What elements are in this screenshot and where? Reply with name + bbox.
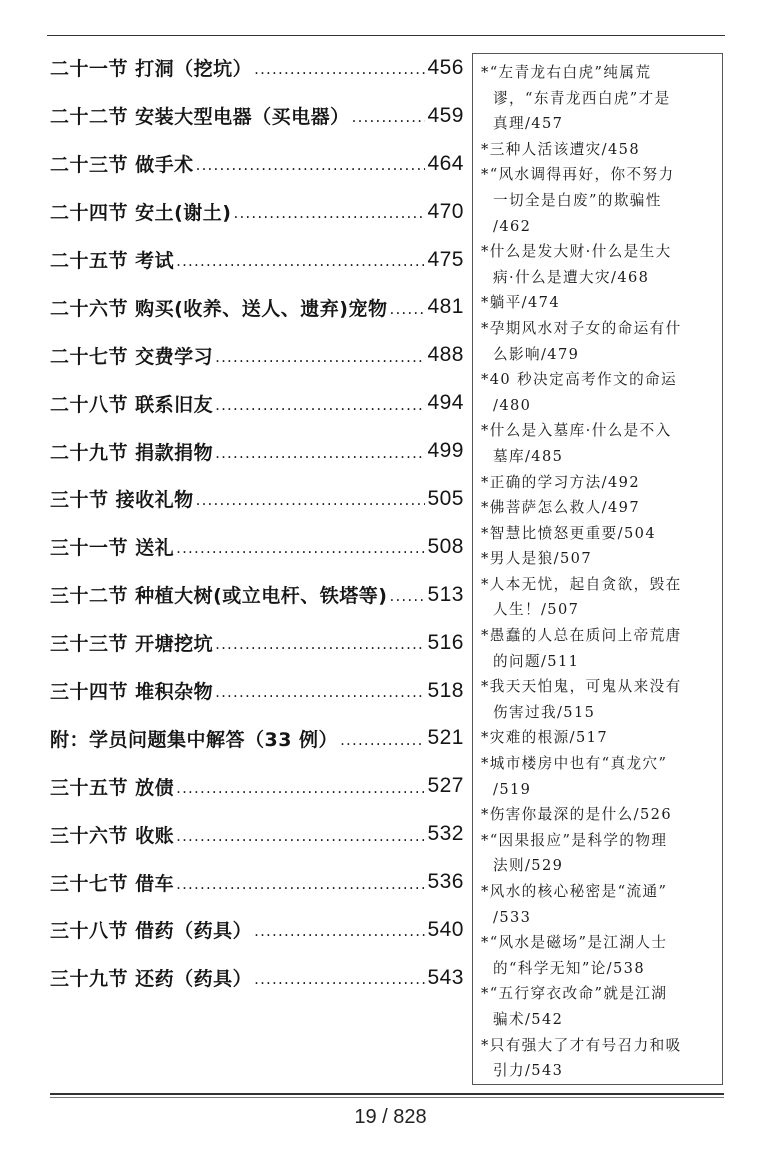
toc-entry-page: 513 <box>427 583 464 607</box>
note-line: *我天天怕鬼，可鬼从来没有 <box>481 674 716 700</box>
toc-entry[interactable]: 三十五节 放债 527 <box>50 762 464 810</box>
note-line: 的“科学无知”论/538 <box>481 956 716 982</box>
note-line: *佛菩萨怎么救人/497 <box>481 495 716 521</box>
toc-entry-title: 三十六节 收账 <box>50 821 174 848</box>
dot-leader <box>215 394 425 413</box>
toc-entry-page: 488 <box>427 343 464 367</box>
note-item: *“风水调得再好，你不努力一切全是白废”的欺骗性/462 <box>481 162 716 239</box>
note-item: *孕期风水对子女的命运有什么影响/479 <box>481 316 716 367</box>
dot-leader <box>215 346 425 365</box>
toc-entry[interactable]: 二十二节 安装大型电器（买电器）459 <box>50 92 464 140</box>
dot-leader <box>389 298 425 317</box>
note-item: *正确的学习方法/492 <box>481 470 716 496</box>
toc-entry[interactable]: 二十六节 购买(收养、送人、遗弃)宠物481 <box>50 283 464 331</box>
toc-entry[interactable]: 三十二节 种植大树(或立电杆、铁塔等)513 <box>50 571 464 619</box>
toc-entry[interactable]: 三十七节 借车 536 <box>50 858 464 906</box>
toc-entry-page: 543 <box>427 966 464 990</box>
note-item: *“五行穿衣改命”就是江湖骗术/542 <box>481 981 716 1032</box>
toc-entry[interactable]: 二十九节 捐款捐物 499 <box>50 427 464 475</box>
note-line: *伤害你最深的是什么/526 <box>481 802 716 828</box>
notes-list: *“左青龙右白虎”纯属荒谬，“东青龙西白虎”才是真理/457*三种人活该遭灾/4… <box>481 60 716 1084</box>
note-line: *风水的核心秘密是“流通” <box>481 879 716 905</box>
toc-entry-title: 附：学员问题集中解答（33 例） <box>50 725 338 752</box>
note-line: /533 <box>481 905 716 931</box>
dot-leader <box>176 873 425 892</box>
note-line: *只有强大了才有号召力和吸 <box>481 1033 716 1059</box>
toc-entry-title: 三十一节 送礼 <box>50 533 174 560</box>
dot-leader <box>254 920 425 939</box>
toc-entry-page: 499 <box>427 439 464 463</box>
note-line: *什么是发大财·什么是生大 <box>481 239 716 265</box>
dot-leader <box>176 537 425 556</box>
note-item: *三种人活该遭灾/458 <box>481 137 716 163</box>
toc-entry-title: 二十六节 购买(收养、送人、遗弃)宠物 <box>50 294 387 321</box>
dot-leader <box>196 489 426 508</box>
toc-entry-title: 二十四节 安土(谢土) <box>50 198 231 225</box>
note-item: *风水的核心秘密是“流通”/533 <box>481 879 716 930</box>
note-line: *三种人活该遭灾/458 <box>481 137 716 163</box>
toc-entry[interactable]: 二十三节 做手术464 <box>50 140 464 188</box>
note-line: *躺平/474 <box>481 290 716 316</box>
note-item: *什么是发大财·什么是生大病·什么是遭大灾/468 <box>481 239 716 290</box>
page-indicator: 19 / 828 <box>0 1106 781 1129</box>
toc-entry-page: 459 <box>427 104 464 128</box>
note-line: 谬，“东青龙西白虎”才是 <box>481 86 716 112</box>
toc-entry-title: 二十三节 做手术 <box>50 150 194 177</box>
note-line: 墓库/485 <box>481 444 716 470</box>
dot-leader <box>215 442 425 461</box>
note-line: 么影响/479 <box>481 342 716 368</box>
note-line: 人生！/507 <box>481 597 716 623</box>
toc-entry-page: 527 <box>427 774 464 798</box>
note-line: 一切全是白废”的欺骗性 <box>481 188 716 214</box>
toc-entry-page: 505 <box>427 487 464 511</box>
footer-rule <box>50 1093 724 1095</box>
note-item: *躺平/474 <box>481 290 716 316</box>
dot-leader <box>196 154 426 173</box>
note-line: *“风水是磁场”是江湖人士 <box>481 930 716 956</box>
note-line: *灾难的根源/517 <box>481 725 716 751</box>
toc-entry-page: 508 <box>427 535 464 559</box>
dot-leader <box>389 585 425 604</box>
note-line: 病·什么是遭大灾/468 <box>481 265 716 291</box>
toc-entry-page: 456 <box>427 56 464 80</box>
note-line: *40 秒决定高考作文的命运 <box>481 367 716 393</box>
dot-leader <box>215 633 425 652</box>
note-line: *孕期风水对子女的命运有什 <box>481 316 716 342</box>
toc-entry-title: 三十五节 放债 <box>50 773 174 800</box>
dot-leader <box>176 777 425 796</box>
note-item: *只有强大了才有号召力和吸引力/543 <box>481 1033 716 1084</box>
dot-leader <box>352 106 426 125</box>
table-of-contents: 二十一节 打洞（挖坑）456二十二节 安装大型电器（买电器）459二十三节 做手… <box>50 44 464 1002</box>
toc-entry-title: 二十九节 捐款捐物 <box>50 438 213 465</box>
note-line: *“左青龙右白虎”纯属荒 <box>481 60 716 86</box>
toc-entry[interactable]: 二十七节 交费学习 488 <box>50 331 464 379</box>
toc-entry-title: 三十二节 种植大树(或立电杆、铁塔等) <box>50 581 387 608</box>
note-line: *“因果报应”是科学的物理 <box>481 828 716 854</box>
note-line: *什么是入墓库·什么是不入 <box>481 418 716 444</box>
note-line: *“五行穿衣改命”就是江湖 <box>481 981 716 1007</box>
toc-entry-title: 三十七节 借车 <box>50 869 174 896</box>
toc-entry-title: 二十二节 安装大型电器（买电器） <box>50 102 350 129</box>
dot-leader <box>233 202 425 221</box>
note-item: *“左青龙右白虎”纯属荒谬，“东青龙西白虎”才是真理/457 <box>481 60 716 137</box>
note-item: *佛菩萨怎么救人/497 <box>481 495 716 521</box>
note-item: *愚蠢的人总在质问上帝荒唐的问题/511 <box>481 623 716 674</box>
note-item: *灾难的根源/517 <box>481 725 716 751</box>
toc-entry[interactable]: 二十四节 安土(谢土)470 <box>50 188 464 236</box>
note-item: *我天天怕鬼，可鬼从来没有伤害过我/515 <box>481 674 716 725</box>
note-line: /519 <box>481 777 716 803</box>
footer-rule-thin <box>50 1097 724 1098</box>
toc-entry[interactable]: 三十一节 送礼 508 <box>50 523 464 571</box>
note-line: 真理/457 <box>481 111 716 137</box>
toc-entry-page: 532 <box>427 822 464 846</box>
note-line: 骗术/542 <box>481 1007 716 1033</box>
toc-entry-page: 540 <box>427 918 464 942</box>
toc-entry[interactable]: 三十九节 还药（药具）543 <box>50 954 464 1002</box>
dot-leader <box>215 681 425 700</box>
toc-entry-title: 二十七节 交费学习 <box>50 342 213 369</box>
dot-leader <box>254 968 425 987</box>
note-line: *正确的学习方法/492 <box>481 470 716 496</box>
toc-entry-page: 516 <box>427 631 464 655</box>
toc-entry[interactable]: 二十五节 考试 475 <box>50 236 464 284</box>
dot-leader <box>176 825 425 844</box>
note-line: 引力/543 <box>481 1058 716 1084</box>
note-line: *城市楼房中也有“真龙穴” <box>481 751 716 777</box>
toc-entry-title: 二十一节 打洞（挖坑） <box>50 54 252 81</box>
toc-entry[interactable]: 三十八节 借药（药具）540 <box>50 906 464 954</box>
note-line: 法则/529 <box>481 853 716 879</box>
note-item: *智慧比愤怒更重要/504 <box>481 521 716 547</box>
toc-entry[interactable]: 三十四节 堆积杂物 518 <box>50 667 464 715</box>
toc-entry-page: 464 <box>427 152 464 176</box>
toc-entry[interactable]: 二十八节 联系旧友 494 <box>50 379 464 427</box>
toc-entry-page: 536 <box>427 870 464 894</box>
dot-leader <box>176 250 425 269</box>
dot-leader <box>254 58 425 77</box>
note-item: *城市楼房中也有“真龙穴”/519 <box>481 751 716 802</box>
note-line: /480 <box>481 393 716 419</box>
top-rule <box>47 35 725 36</box>
toc-entry[interactable]: 三十三节 开塘挖坑 516 <box>50 619 464 667</box>
toc-entry-page: 518 <box>427 679 464 703</box>
note-line: *人本无忧，起自贪欲，毁在 <box>481 572 716 598</box>
toc-entry-title: 三十三节 开塘挖坑 <box>50 629 213 656</box>
toc-entry-page: 481 <box>427 295 464 319</box>
sidebar-notes-box: *“左青龙右白虎”纯属荒谬，“东青龙西白虎”才是真理/457*三种人活该遭灾/4… <box>472 53 723 1085</box>
note-item: *伤害你最深的是什么/526 <box>481 802 716 828</box>
note-line: *男人是狼/507 <box>481 546 716 572</box>
toc-entry[interactable]: 二十一节 打洞（挖坑）456 <box>50 44 464 92</box>
note-item: *人本无忧，起自贪欲，毁在人生！/507 <box>481 572 716 623</box>
note-item: *“风水是磁场”是江湖人士的“科学无知”论/538 <box>481 930 716 981</box>
note-line: /462 <box>481 214 716 240</box>
toc-entry-title: 三十九节 还药（药具） <box>50 964 252 991</box>
note-line: *智慧比愤怒更重要/504 <box>481 521 716 547</box>
note-item: *什么是入墓库·什么是不入墓库/485 <box>481 418 716 469</box>
toc-entry-page: 475 <box>427 248 464 272</box>
note-line: 伤害过我/515 <box>481 700 716 726</box>
note-item: *男人是狼/507 <box>481 546 716 572</box>
toc-entry-page: 470 <box>427 200 464 224</box>
note-line: *愚蠢的人总在质问上帝荒唐 <box>481 623 716 649</box>
toc-entry-title: 三十八节 借药（药具） <box>50 916 252 943</box>
note-item: *“因果报应”是科学的物理法则/529 <box>481 828 716 879</box>
toc-entry[interactable]: 三十节 接收礼物505 <box>50 475 464 523</box>
note-line: 的问题/511 <box>481 649 716 675</box>
toc-entry[interactable]: 三十六节 收账 532 <box>50 810 464 858</box>
toc-entry[interactable]: 附：学员问题集中解答（33 例）521 <box>50 714 464 762</box>
note-line: *“风水调得再好，你不努力 <box>481 162 716 188</box>
toc-entry-title: 三十四节 堆积杂物 <box>50 677 213 704</box>
toc-entry-title: 三十节 接收礼物 <box>50 485 194 512</box>
note-item: *40 秒决定高考作文的命运/480 <box>481 367 716 418</box>
toc-entry-page: 494 <box>427 391 464 415</box>
toc-entry-title: 二十八节 联系旧友 <box>50 390 213 417</box>
toc-entry-page: 521 <box>427 726 464 750</box>
toc-entry-title: 二十五节 考试 <box>50 246 174 273</box>
dot-leader <box>340 729 425 748</box>
